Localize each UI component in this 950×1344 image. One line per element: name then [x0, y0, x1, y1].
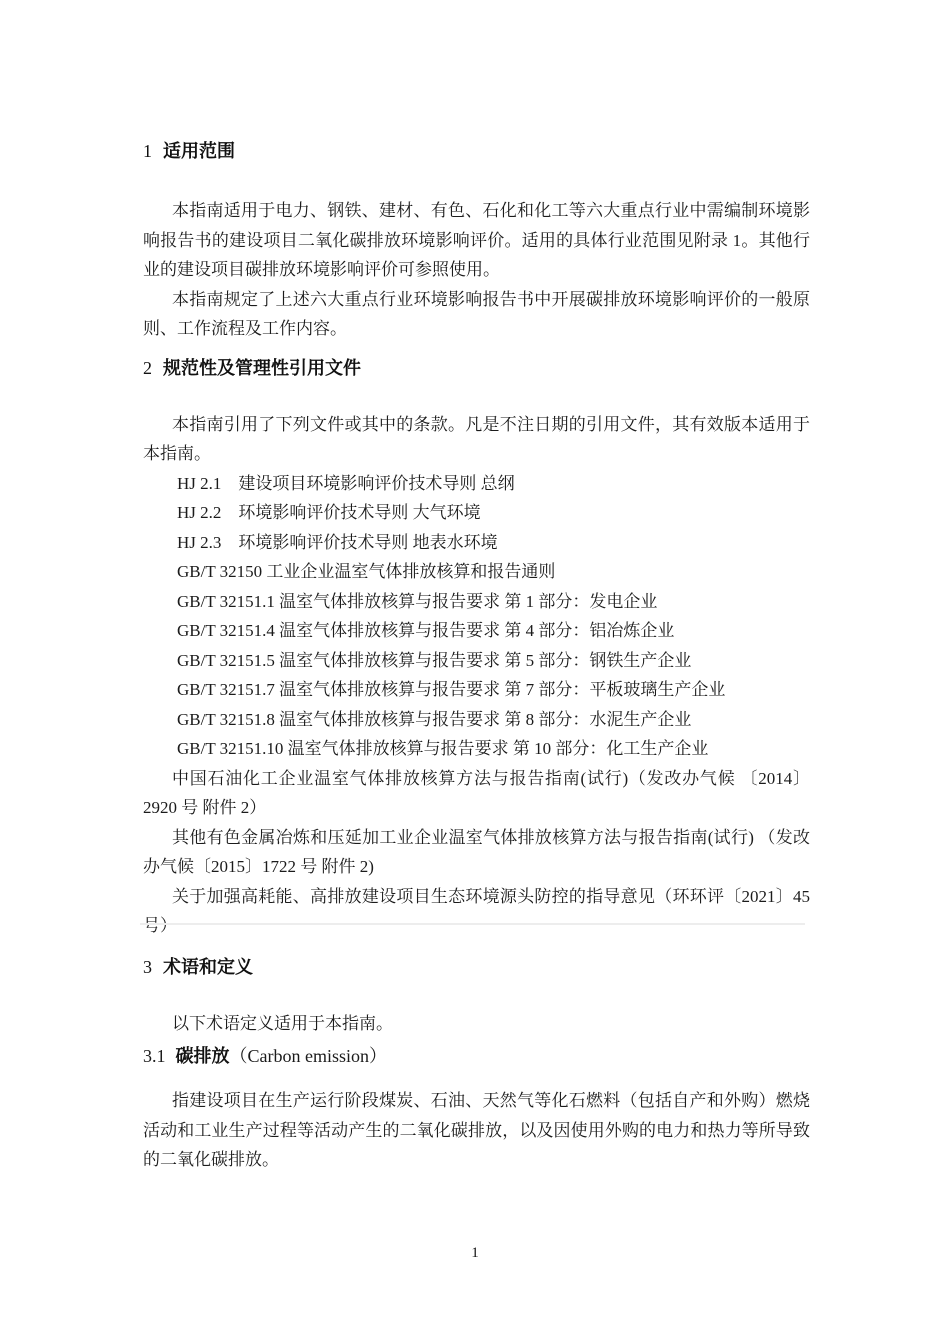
- page-content: 1适用范围 本指南适用于电力、钢铁、建材、有色、石化和化工等六大重点行业中需编制…: [0, 0, 950, 1175]
- document-page: 1适用范围 本指南适用于电力、钢铁、建材、有色、石化和化工等六大重点行业中需编制…: [0, 0, 950, 1344]
- section-2-title: 规范性及管理性引用文件: [163, 358, 361, 378]
- section-3-number: 3: [143, 957, 152, 977]
- reference-list: HJ 2.1 建设项目环境影响评价技术导则 总纲 HJ 2.2 环境影响评价技术…: [143, 469, 810, 764]
- term-name: 碳排放: [176, 1046, 230, 1066]
- reference-item: HJ 2.1 建设项目环境影响评价技术导则 总纲: [177, 469, 810, 499]
- reference-item-long: 其他有色金属冶炼和压延加工业企业温室气体排放核算方法与报告指南(试行) （发改办…: [143, 823, 810, 882]
- reference-item: GB/T 32151.1 温室气体排放核算与报告要求 第 1 部分：发电企业: [177, 587, 810, 617]
- term-number: 3.1: [143, 1046, 166, 1066]
- reference-item: GB/T 32150 工业企业温室气体排放核算和报告通则: [177, 557, 810, 587]
- term-definition: 指建设项目在生产运行阶段煤炭、石油、天然气等化石燃料（包括自产和外购）燃烧活动和…: [143, 1086, 810, 1175]
- reference-item: GB/T 32151.7 温室气体排放核算与报告要求 第 7 部分：平板玻璃生产…: [177, 675, 810, 705]
- term-3-1-heading: 3.1碳排放（Carbon emission）: [143, 1044, 810, 1068]
- reference-item: GB/T 32151.4 温室气体排放核算与报告要求 第 4 部分：铝冶炼企业: [177, 616, 810, 646]
- section-2-number: 2: [143, 358, 152, 378]
- page-number: 1: [0, 1243, 950, 1263]
- section-3-heading: 3术语和定义: [143, 955, 810, 979]
- section-1-title: 适用范围: [163, 141, 235, 161]
- section-2-intro: 本指南引用了下列文件或其中的条款。凡是不注日期的引用文件，其有效版本适用于本指南…: [143, 410, 810, 469]
- section-3-intro: 以下术语定义适用于本指南。: [143, 1009, 810, 1039]
- term-english-name: （Carbon emission）: [230, 1046, 388, 1066]
- section-1-number: 1: [143, 141, 152, 161]
- section-1-paragraph: 本指南规定了上述六大重点行业环境影响报告书中开展碳排放环境影响评价的一般原则、工…: [143, 285, 810, 344]
- section-1-paragraph: 本指南适用于电力、钢铁、建材、有色、石化和化工等六大重点行业中需编制环境影响报告…: [143, 196, 810, 285]
- reference-item: GB/T 32151.8 温室气体排放核算与报告要求 第 8 部分：水泥生产企业: [177, 705, 810, 735]
- section-2-heading: 2规范性及管理性引用文件: [143, 356, 810, 380]
- reference-item: HJ 2.2 环境影响评价技术导则 大气环境: [177, 498, 810, 528]
- section-1-heading: 1适用范围: [143, 139, 810, 163]
- section-3-title: 术语和定义: [163, 957, 253, 977]
- reference-item-long: 关于加强高耗能、高排放建设项目生态环境源头防控的指导意见（环环评〔2021〕45…: [143, 882, 810, 941]
- divider-line: [140, 923, 805, 925]
- reference-item: HJ 2.3 环境影响评价技术导则 地表水环境: [177, 528, 810, 558]
- reference-item-long: 中国石油化工企业温室气体排放核算方法与报告指南(试行)（发改办气候 〔2014〕…: [143, 764, 810, 823]
- reference-item: GB/T 32151.5 温室气体排放核算与报告要求 第 5 部分：钢铁生产企业: [177, 646, 810, 676]
- reference-item: GB/T 32151.10 温室气体排放核算与报告要求 第 10 部分：化工生产…: [177, 734, 810, 764]
